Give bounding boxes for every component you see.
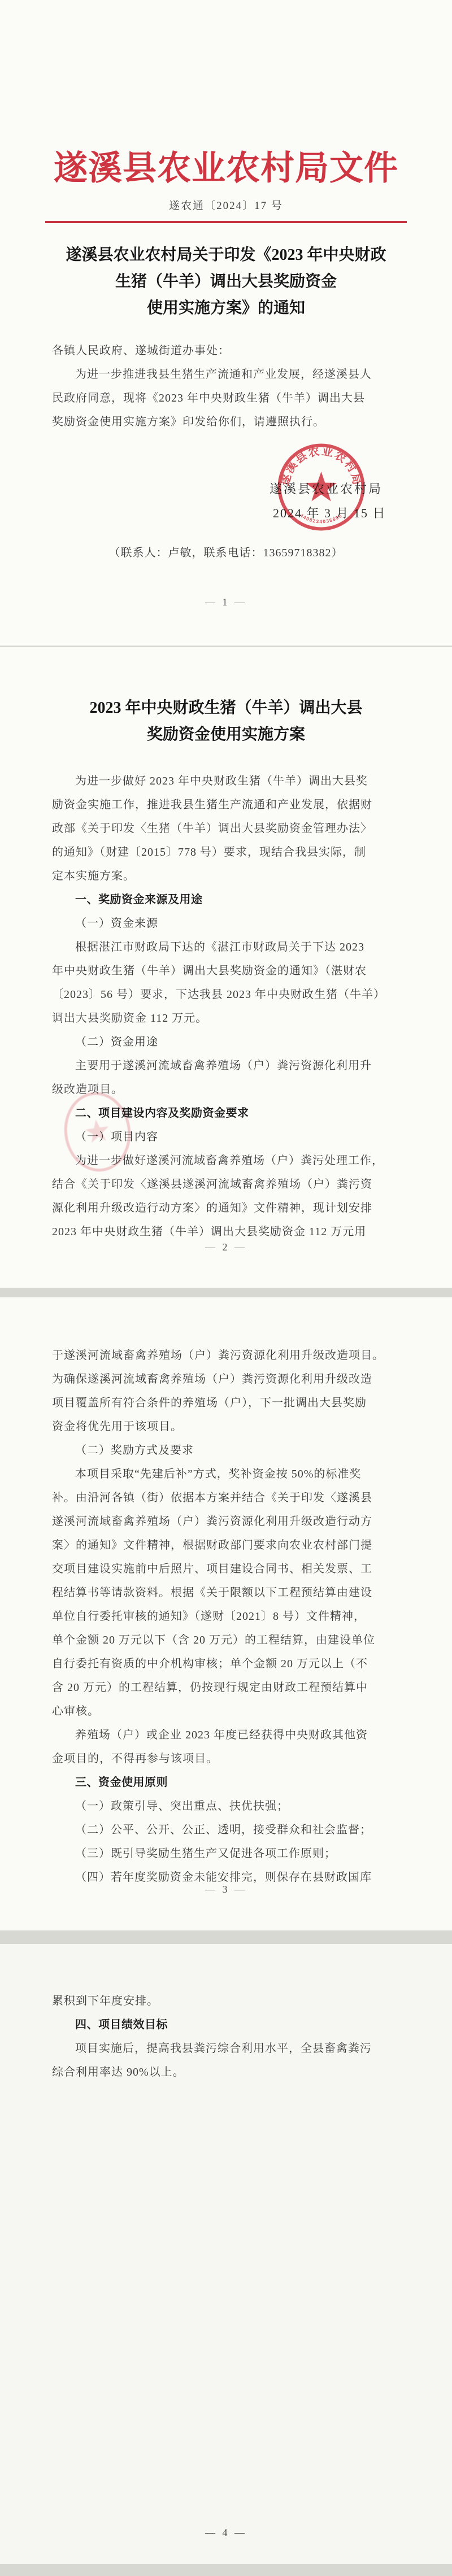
page-1: 遂溪县农业农村局文件 遂农通〔2024〕17 号 遂溪县农业农村局关于印发《20… [0,0,452,646]
text-line: 各镇人民政府、遂城街道办事处： [52,339,405,363]
text-line: 〔2023〕56 号）要求，下达我县 2023 年中央财政生猪（牛羊） [52,983,405,1006]
text-line: 本项目采取“先建后补”方式，奖补资金按 50%的标准奖 [52,1462,405,1486]
official-seal: 遂溪县农业农村局 4408234035696 [275,441,368,534]
notice-body: 为进一步推进我县生猪生产流通和产业发展，经遂溪县人民政府同意，现将《2023 年… [52,363,405,434]
text-line: 根据湛江市财政局下达的《湛江市财政局关于下达 2023 [52,935,405,959]
text-line: 综合利用率达 90%以上。 [52,2060,405,2084]
text-line: 2023 年中央财政生猪（牛羊）调出大县 [0,695,452,721]
text-line: （二）奖励方式及要求 [52,1439,405,1462]
text-line: 于遂溪河流域畜禽养殖场（户）粪污资源化利用升级改造项目。 [52,1344,405,1367]
contact-line: （联系人：卢敏，联系电话：13659718382） [0,543,452,560]
text-line: 单个金额 20 万元以下（含 20 万元）的工程结算，由建设单位 [52,1628,405,1652]
text-line: 年中央财政生猪（牛羊）调出大县奖励资金的通知》（湛财农 [52,959,405,983]
text-line: 励资金实施工作，推进我县生猪生产流通和产业发展，依据财 [52,793,405,817]
text-line: 一、奖励资金来源及用途 [52,888,405,912]
text-line: 民政府同意，现将《2023 年中央财政生猪（牛羊）调出大县 [52,386,405,410]
text-line: 主要用于遂溪河流域畜禽养殖场（户）粪污资源化利用升 [52,1054,405,1078]
seal-star-icon [306,472,337,502]
text-line: 项目覆盖所有符合条件的养殖场（户），下一批调出大县奖励 [52,1391,405,1415]
text-line: 的通知》（财建〔2015〕778 号）要求，现结合我县实际，制 [52,840,405,864]
page-2: 2023 年中央财政生猪（牛羊）调出大县奖励资金使用实施方案 为进一步做好 20… [0,647,452,1288]
text-line: 源化利用升级改造行动方案〉的通知》文件精神，现计划安排 [52,1196,405,1220]
plan-body-continued: 于遂溪河流域畜禽养殖场（户）粪污资源化利用升级改造项目。为确保遂溪河流域畜禽养殖… [52,1344,405,1889]
text-line: （一）项目内容 [52,1125,405,1149]
text-line: （三）既引导奖励生猪生产又促进各项工作原则； [52,1842,405,1865]
text-line: 调出大县奖励资金 112 万元。 [52,1006,405,1030]
scanned-document: { "colors": { "header_red": "#ce3540", "… [0,0,452,2576]
text-line: 生猪（牛羊）调出大县奖励资金 [0,268,452,295]
text-line: 三、资金使用原则 [52,1771,405,1794]
text-line: 级改造项目。 [52,1078,405,1101]
text-line: 心审核。 [52,1699,405,1723]
text-line: 遂溪县农业农村局关于印发《2023 年中央财政 [0,242,452,268]
text-line: 结合《关于印发〈遂溪县遂溪河流域畜禽养殖场（户）粪污资 [52,1173,405,1196]
text-line: 为确保遂溪河流域畜禽养殖场（户）粪污资源化利用升级改造 [52,1367,405,1391]
text-line: 项目实施后，提高我县粪污综合利用水平，全县畜禽粪污 [52,2037,405,2060]
text-line: 奖励资金使用实施方案 [0,721,452,748]
org-header: 遂溪县农业农村局文件 [0,141,452,190]
plan-body-end: 累积到下年度安排。四、项目绩效目标项目实施后，提高我县粪污综合利用水平，全县畜禽… [52,1989,405,2084]
text-line: 案〉的通知》文件精神，根据财政部门要求向农业农村部门提 [52,1533,405,1557]
text-line: 为进一步做好 2023 年中央财政生猪（牛羊）调出大县奖 [52,769,405,793]
text-line: 资金将优先用于该项目。 [52,1415,405,1439]
text-line: 为进一步做好遂溪河流域畜禽养殖场（户）粪污处理工作， [52,1149,405,1173]
page-4: 累积到下年度安排。四、项目绩效目标项目实施后，提高我县粪污综合利用水平，全县畜禽… [0,1944,452,2564]
red-divider-line [45,221,407,223]
text-line: 含 20 万元）的工程结算，仍按现行规定由财政工程预结算中 [52,1676,405,1699]
text-line: 交项目建设实施前中后照片、项目建设合同书、相关发票、工 [52,1557,405,1581]
page-number-3: — 3 — [0,1884,452,1895]
text-line: （二）资金用途 [52,1030,405,1054]
text-line: 自行委托有资质的中介机构审核；单个金额 20 万元以上（不 [52,1652,405,1676]
text-line: （一）政策引导、突出重点、扶优扶强； [52,1794,405,1818]
page-number-2: — 2 — [0,1241,452,1253]
plan-title: 2023 年中央财政生猪（牛羊）调出大县奖励资金使用实施方案 [0,695,452,748]
page-3: 于遂溪河流域畜禽养殖场（户）粪污资源化利用升级改造项目。为确保遂溪河流域畜禽养殖… [0,1297,452,1930]
text-line: 单位自行委托审核的通知》（遂财〔2021〕8 号）文件精神， [52,1605,405,1628]
text-line: （一）资金来源 [52,912,405,935]
text-line: 遂溪河流域畜禽养殖场（户）粪污资源化利用升级改造行动方 [52,1510,405,1533]
text-line: 四、项目绩效目标 [52,2013,405,2037]
salutation: 各镇人民政府、遂城街道办事处： [52,339,405,363]
doc-number: 遂农通〔2024〕17 号 [0,197,452,212]
page-number-1: — 1 — [0,596,452,608]
page-number-4: — 4 — [0,2527,452,2539]
text-line: 为进一步推进我县生猪生产流通和产业发展，经遂溪县人 [52,363,405,386]
text-line: 政部《关于印发〈生猪（牛羊）调出大县奖励资金管理办法〉 [52,817,405,840]
text-line: 奖励资金使用实施方案》印发给你们，请遵照执行。 [52,410,405,434]
text-line: 补。由沿河各镇（街）依据本方案并结合《关于印发〈遂溪县 [52,1486,405,1510]
seal-code-text: 4408234035696 [299,512,343,524]
text-line: 使用实施方案》的通知 [0,295,452,321]
text-line: 累积到下年度安排。 [52,1989,405,2013]
text-line: 金项目的，不得再参与该项目。 [52,1747,405,1771]
text-line: 2023 年中央财政生猪（牛羊）调出大县奖励资金 112 万元用 [52,1220,405,1244]
text-line: 养殖场（户）或企业 2023 年度已经获得中央财政其他资 [52,1723,405,1747]
text-line: （二）公平、公开、公正、透明，接受群众和社会监督； [52,1818,405,1842]
doc-title: 遂溪县农业农村局关于印发《2023 年中央财政生猪（牛羊）调出大县奖励资金使用实… [0,242,452,321]
text-line: 二、项目建设内容及奖励资金要求 [52,1101,405,1125]
text-line: 程结算书等请款资料。根据《关于限额以下工程预结算由建设 [52,1581,405,1605]
plan-body: 为进一步做好 2023 年中央财政生猪（牛羊）调出大县奖励资金实施工作，推进我县… [52,769,405,1244]
text-line: 定本实施方案。 [52,864,405,888]
